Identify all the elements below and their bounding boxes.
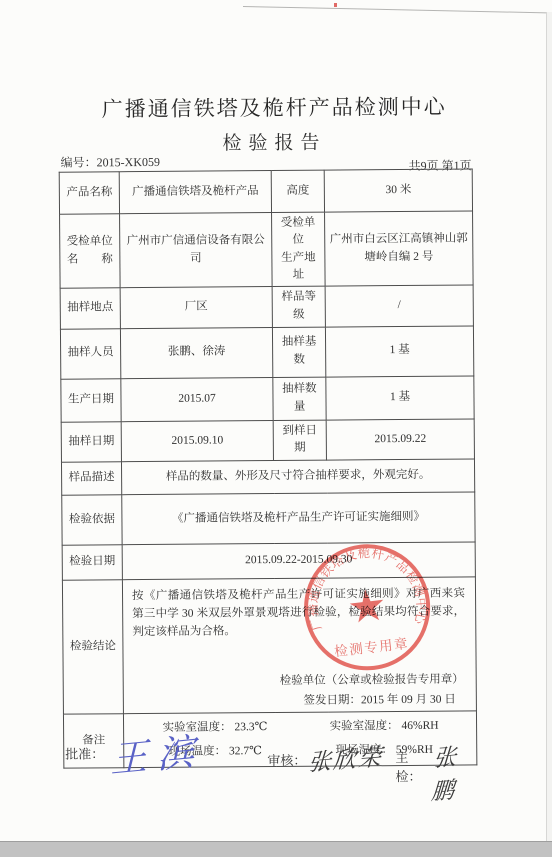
- review-signature: 张欣荣: [307, 736, 384, 777]
- report-title: 检验报告: [0, 126, 551, 157]
- signature-row: 批准： 王滨 审核： 张欣荣 主检： 张鹏: [65, 730, 477, 803]
- table-row: 受检单位 名 称 广州市广信通信设备有限公司 受检单位 生产地址 广州市白云区江…: [60, 211, 474, 288]
- product-name-value: 广播通信铁塔及桅杆产品: [119, 171, 271, 214]
- sampling-date-label: 抽样日期: [61, 421, 121, 462]
- testing-center-title: 广播通信铁塔及桅杆产品检测中心: [0, 90, 550, 124]
- sampling-place-label: 抽样地点: [60, 288, 120, 329]
- sampling-date-value: 2015.09.10: [121, 420, 273, 462]
- sampling-personnel-value: 张鹏、徐涛: [120, 327, 272, 378]
- inspect-signature: 张鹏: [430, 735, 478, 807]
- inspection-date-label: 检验日期: [62, 545, 122, 580]
- approve-signature-group: 批准： 王滨: [65, 733, 204, 782]
- inspect-label: 主检：: [395, 737, 430, 785]
- sampling-place-value: 厂区: [120, 287, 272, 329]
- table-row: 抽样地点 厂区 样品等级 /: [60, 285, 473, 329]
- stamp-star-icon: ★: [345, 580, 390, 633]
- sampling-quantity-label: 抽样数量: [273, 377, 326, 420]
- production-date-value: 2015.07: [121, 377, 273, 421]
- production-address-label: 受检单位 生产地址: [272, 212, 326, 286]
- inspected-unit-value: 广州市广信通信设备有限公司: [120, 213, 273, 288]
- production-address-value: 广州市白云区江高镇神山郭塘岭自编 2 号: [325, 211, 474, 286]
- sampling-base-value: 1 基: [325, 326, 473, 377]
- stamp-banner-text: 检测专用章: [333, 635, 409, 659]
- sample-description-value: 样品的数量、外形及尺寸符合抽样要求，外观完好。: [121, 459, 474, 495]
- sampling-base-label: 抽样基数: [272, 327, 325, 377]
- production-date-label: 生产日期: [61, 378, 121, 421]
- approve-label: 批准：: [65, 733, 104, 762]
- inspection-basis-label: 检验依据: [62, 495, 122, 545]
- table-row: 抽样人员 张鹏、徐涛 抽样基数 1 基: [60, 326, 473, 379]
- scan-artifact-bottom-band: [0, 841, 552, 857]
- arrival-date-value: 2015.09.22: [326, 419, 474, 461]
- inspected-unit-label: 受检单位 名 称: [60, 214, 121, 288]
- report-page: 广播通信铁塔及桅杆产品检测中心 检验报告 编号：2015-XK059 共9页 第…: [0, 0, 552, 843]
- official-stamp: 广播通信铁塔及桅杆产品检测中心 ★ 检测专用章: [282, 522, 452, 692]
- sample-grade-value: /: [325, 285, 473, 327]
- review-label: 审核：: [267, 740, 306, 769]
- approve-signature: 王滨: [110, 728, 204, 785]
- sampling-quantity-value: 1 基: [326, 376, 474, 420]
- sampling-personnel-label: 抽样人员: [60, 328, 120, 378]
- review-signature-group: 审核： 张欣荣: [267, 739, 383, 775]
- sample-grade-label: 样品等级: [272, 286, 325, 327]
- conclusion-issue-date: 签发日期：2015 年 09 月 30 日: [128, 691, 472, 712]
- table-row: 样品描述 样品的数量、外形及尺寸符合抽样要求，外观完好。: [61, 459, 474, 495]
- height-value: 30 米: [324, 169, 472, 212]
- height-label: 高度: [271, 170, 324, 212]
- arrival-date-label: 到样日期: [273, 420, 326, 461]
- table-row: 产品名称 广播通信铁塔及桅杆产品 高度 30 米: [59, 169, 472, 214]
- product-name-label: 产品名称: [59, 172, 119, 214]
- table-row: 生产日期 2015.07 抽样数量 1 基: [61, 376, 474, 422]
- table-row: 抽样日期 2015.09.10 到样日期 2015.09.22: [61, 419, 474, 463]
- conclusion-label: 检验结论: [62, 580, 123, 715]
- inspect-signature-group: 主检： 张鹏: [395, 736, 477, 805]
- sample-description-label: 样品描述: [61, 462, 121, 495]
